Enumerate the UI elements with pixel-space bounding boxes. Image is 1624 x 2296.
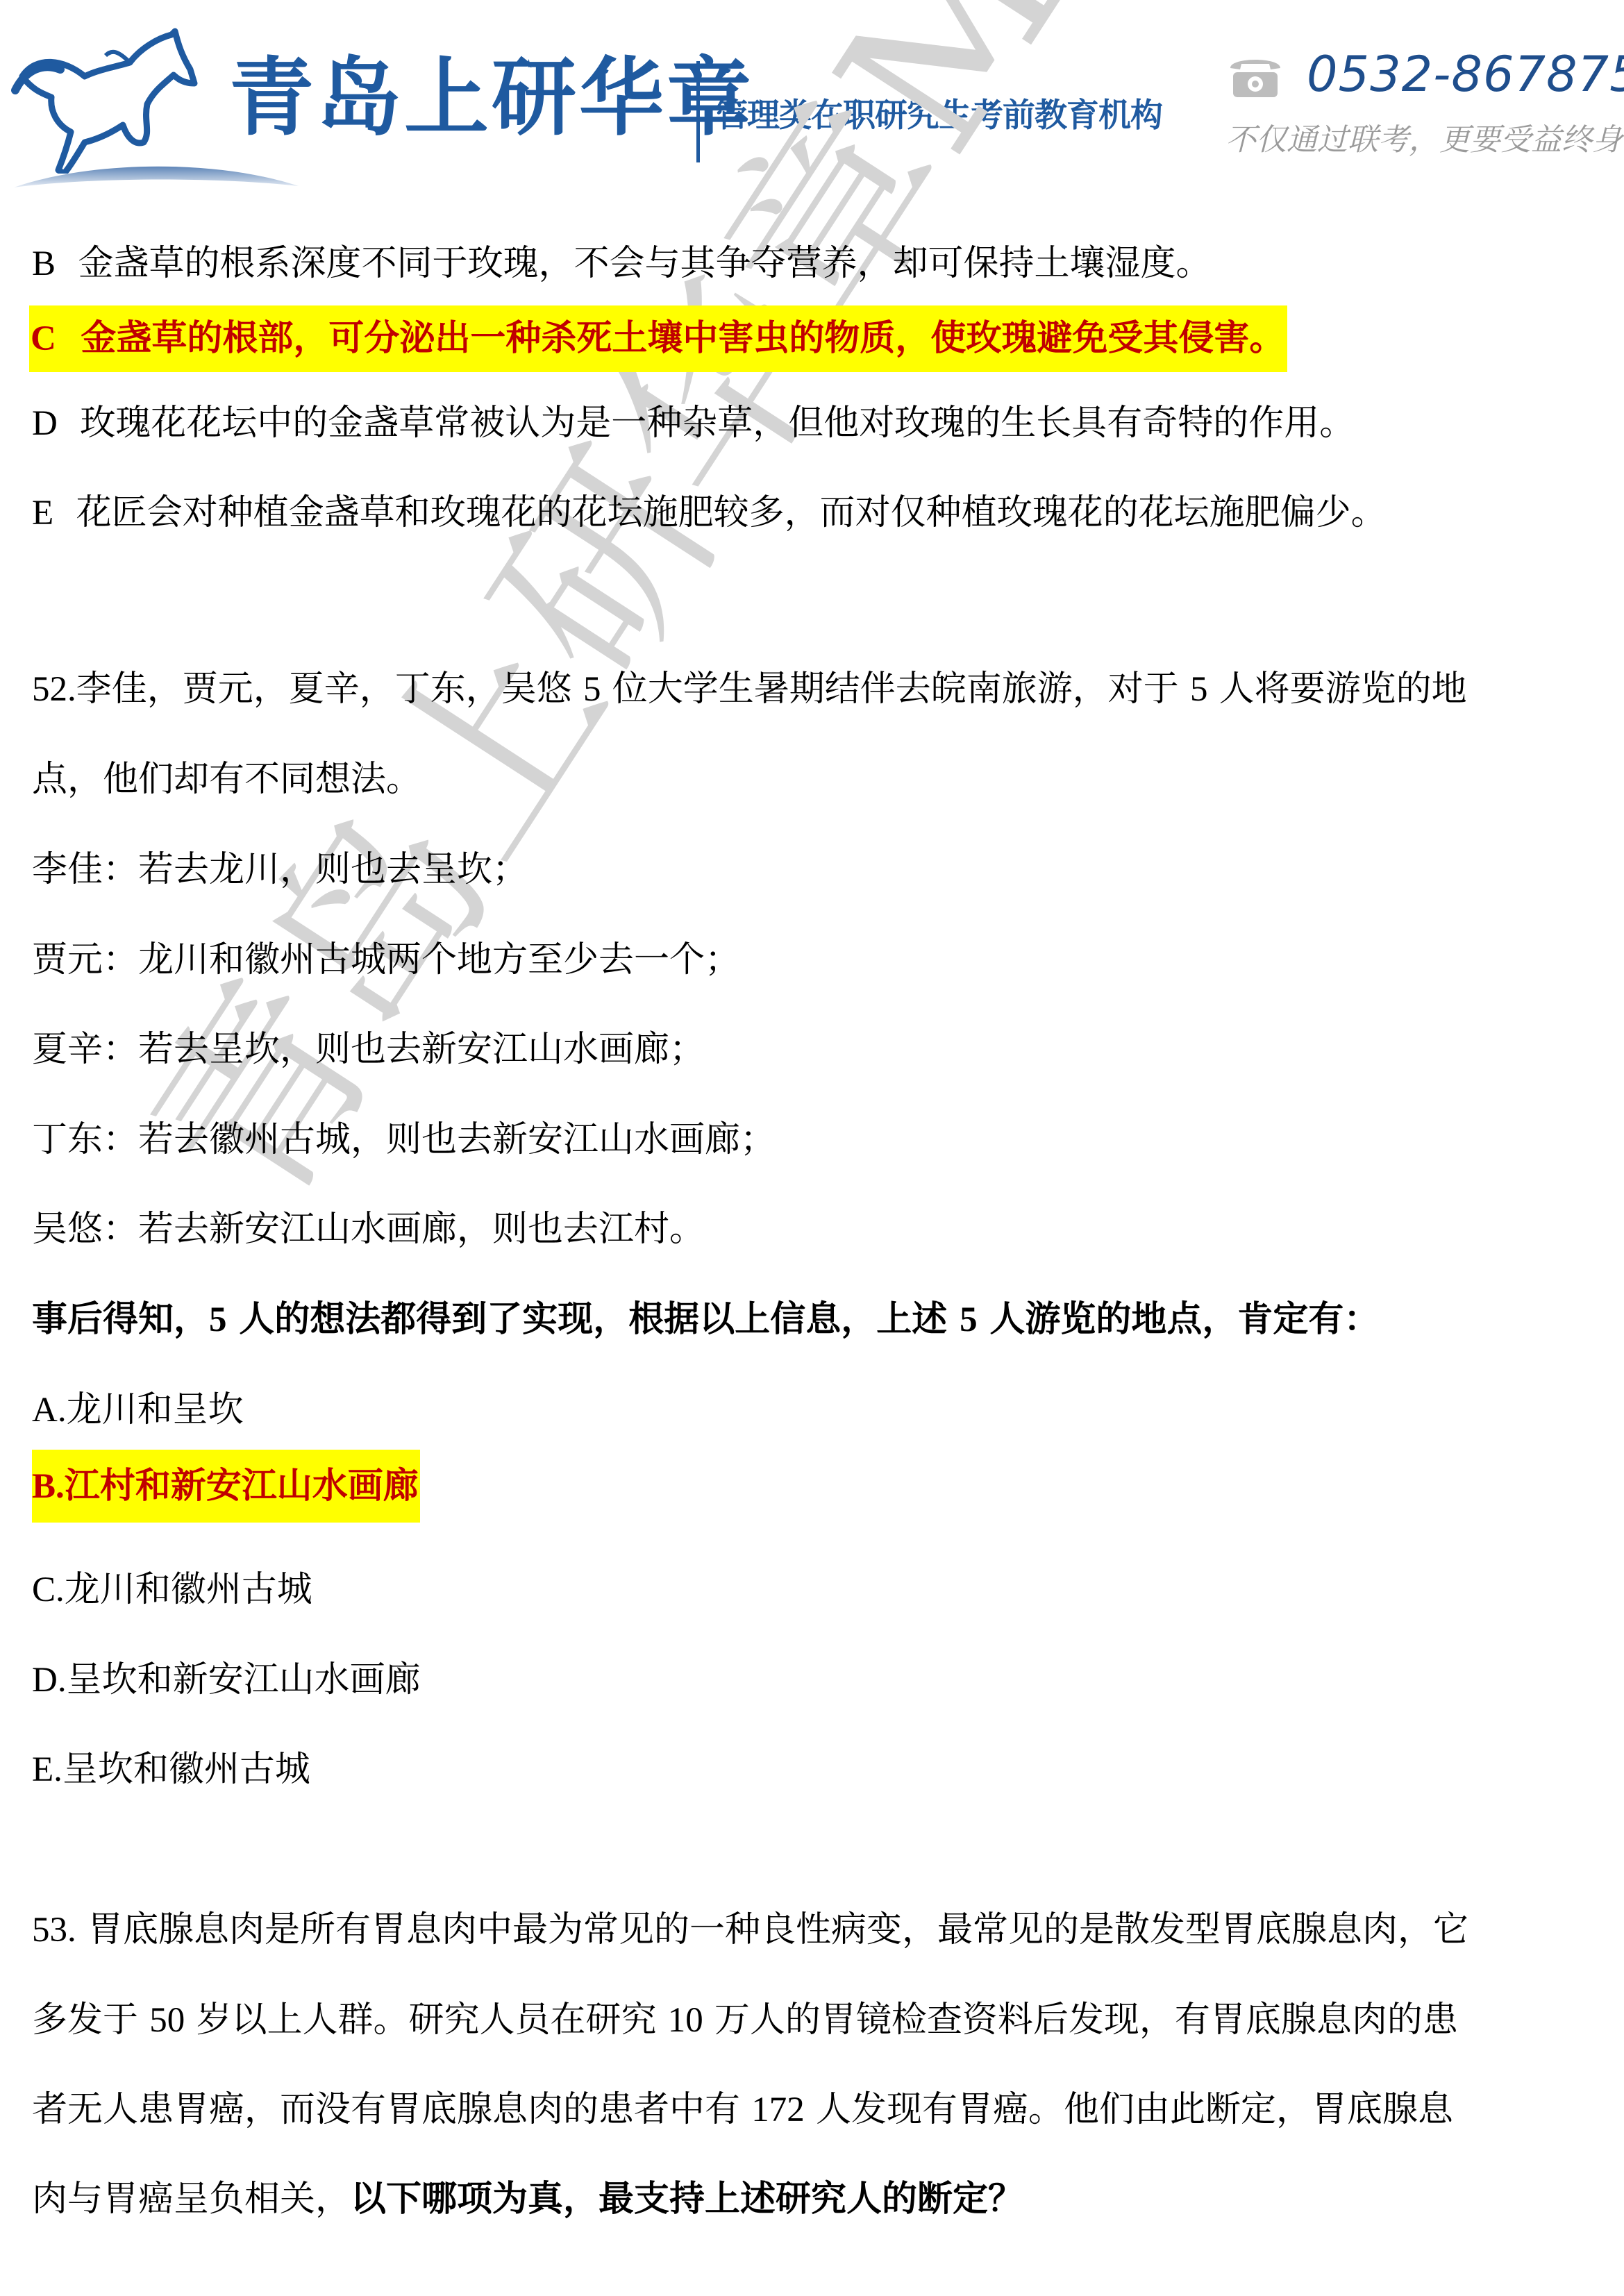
q52-option-c: C.龙川和徽州古城 — [32, 1566, 312, 1614]
statement-jiayuan: 贾元：龙川和徽州古城两个地方至少去一个； — [32, 936, 740, 984]
highlighted-answer: C 金盏草的根部，可分泌出一种杀死土壤中害虫的物质，使玫瑰避免受其侵害。 — [29, 305, 1287, 372]
q52-option-a: A.龙川和呈坎 — [32, 1386, 244, 1434]
q52-option-d: D.呈坎和新安江山水画廊 — [32, 1656, 421, 1704]
q51-option-e: E 花匠会对种植金盏草和玫瑰花的花坛施肥较多，而对仅种植玫瑰花的花坛施肥偏少。 — [32, 489, 1387, 537]
telephone-icon — [1228, 53, 1283, 99]
statement-wuyou: 吴悠：若去新安江山水画廊，则也去江村。 — [32, 1205, 705, 1254]
q51-option-b: B 金盏草的根系深度不同于玫瑰，不会与其争夺营养，却可保持土壤湿度。 — [32, 240, 1211, 288]
highlighted-answer: B.江村和新安江山水画廊 — [32, 1450, 420, 1523]
q53-stem-line4: 肉与胃癌呈负相关，以下哪项为真，最支持上述研究人的断定？ — [32, 2175, 1023, 2224]
q52-stem-line1: 52.李佳，贾元，夏辛，丁东，吴悠 5 位大学生暑期结伴去皖南旅游，对于 5 人… — [32, 665, 1467, 714]
horse-logo-icon — [8, 28, 217, 174]
phone-number: 0532-86787558 — [1307, 50, 1624, 99]
brand-name: 青岛上研华章 — [229, 56, 754, 140]
statement-xiaxin: 夏辛：若去呈坎，则也去新安江山水画廊； — [32, 1025, 705, 1074]
q53-question: 以下哪项为真，最支持上述研究人的断定？ — [351, 2179, 1023, 2220]
swoosh-decoration — [10, 160, 302, 194]
slogan: 不仅通过联考，更要受益终身 — [1225, 125, 1623, 156]
q51-option-c-highlighted: C 金盏草的根部，可分泌出一种杀死土壤中害虫的物质，使玫瑰避免受其侵害。 — [31, 305, 1287, 372]
q52-option-b-highlighted: B.江村和新安江山水画廊 — [32, 1450, 420, 1523]
q52-option-e: E.呈坎和徽州古城 — [32, 1745, 310, 1794]
q52-question: 事后得知，5 人的想法都得到了实现，根据以上信息，上述 5 人游览的地点，肯定有… — [32, 1296, 1379, 1344]
q53-stem-line1: 53. 胃底腺息肉是所有胃息肉中最为常见的一种良性病变，最常见的是散发型胃底腺息… — [32, 1906, 1468, 1954]
statement-lijia: 李佳：若去龙川，则也去呈坎； — [32, 846, 528, 894]
brand-divider — [696, 61, 700, 162]
statement-dingdong: 丁东：若去徽州古城，则也去新安江山水画廊； — [32, 1116, 776, 1164]
q51-option-d: D 玫瑰花花坛中的金盏草常被认为是一种杂草，但他对玫瑰的生长具有奇特的作用。 — [32, 399, 1355, 448]
q52-stem-line2: 点，他们却有不同想法。 — [32, 755, 421, 804]
q53-stem-line3: 者无人患胃癌，而没有胃底腺息肉的患者中有 172 人发现有胃癌。他们由此断定，胃… — [32, 2086, 1453, 2134]
q53-stem-line2: 多发于 50 岁以上人群。研究人员在研究 10 万人的胃镜检查资料后发现，有胃底… — [32, 1996, 1458, 2045]
